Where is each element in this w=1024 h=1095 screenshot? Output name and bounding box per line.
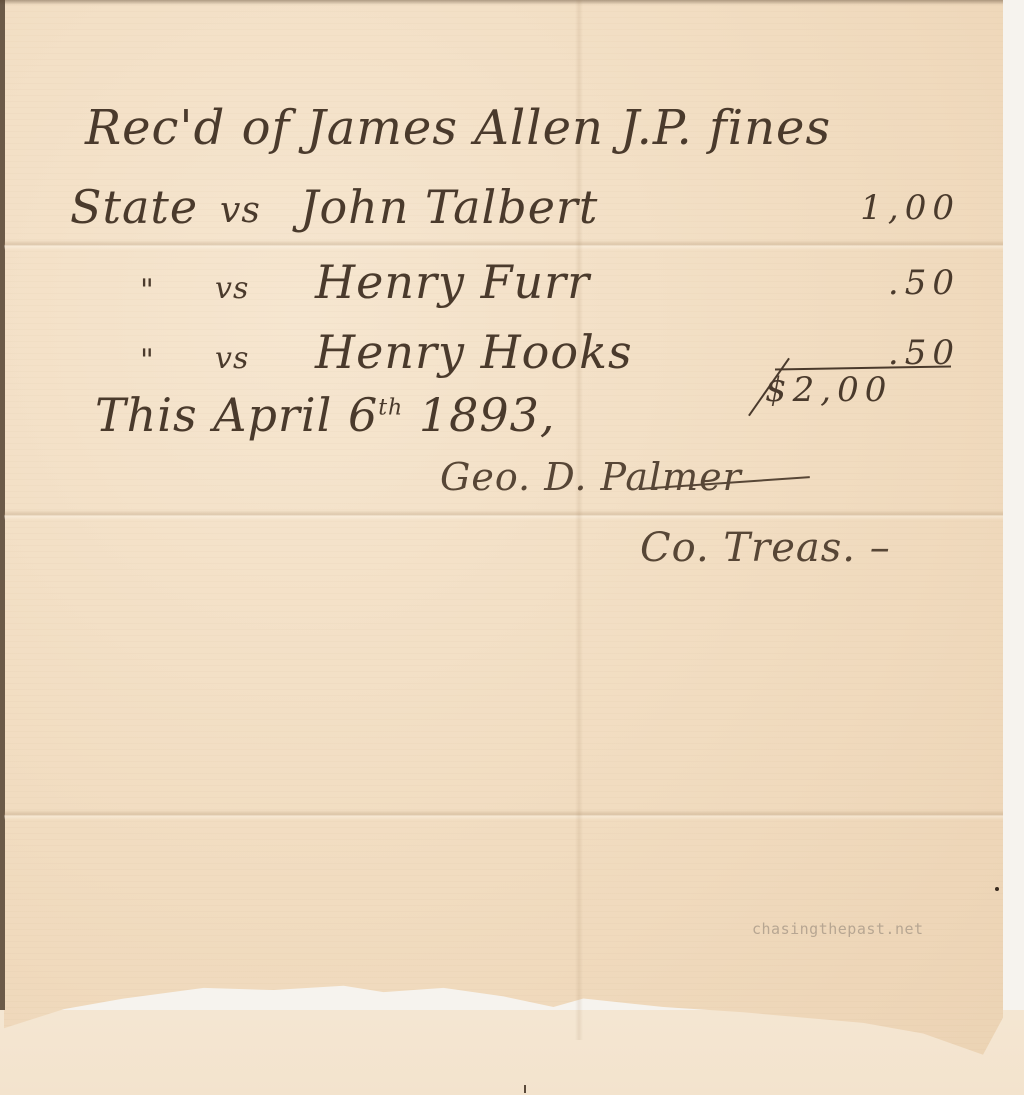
date-year: 1893, [419, 388, 556, 442]
fine-entry: " vs Henry Furr .50 [70, 255, 970, 315]
entry-ditto-mark: " [140, 343, 155, 378]
fold-crease-vertical [575, 0, 583, 1040]
fine-entry: State vs John Talbert 1,00 [70, 180, 970, 240]
fold-crease [4, 810, 1003, 820]
date-prefix: This April 6 [95, 388, 378, 442]
fold-crease [4, 240, 1003, 250]
paper-top-shadow [0, 0, 1003, 5]
entry-defendant: John Talbert [300, 180, 598, 234]
ink-speck [995, 887, 999, 891]
date-suffix: th [378, 396, 403, 421]
signatory-title: Co. Treas. – [640, 525, 891, 571]
fold-crease [4, 510, 1003, 520]
entry-vs: vs [215, 271, 249, 306]
entry-amount: 1,00 [860, 188, 960, 228]
receipt-header-line: Rec'd of James Allen J.P. fines [85, 100, 831, 156]
paper-left-edge [0, 0, 5, 1010]
entry-amount: .50 [888, 263, 960, 303]
entry-vs: vs [215, 341, 249, 376]
entry-defendant: Henry Hooks [315, 325, 633, 379]
paper-mark [524, 1085, 526, 1093]
total-amount: $2,00 [765, 370, 892, 410]
entry-prefix: State [70, 180, 198, 234]
watermark: chasingthepast.net [752, 920, 924, 938]
entry-vs: vs [220, 190, 261, 231]
entry-ditto-mark: " [140, 273, 155, 308]
receipt-date: This April 6th 1893, [95, 388, 556, 442]
entry-defendant: Henry Furr [315, 255, 590, 309]
signature: Geo. D. Palmer [440, 455, 742, 499]
